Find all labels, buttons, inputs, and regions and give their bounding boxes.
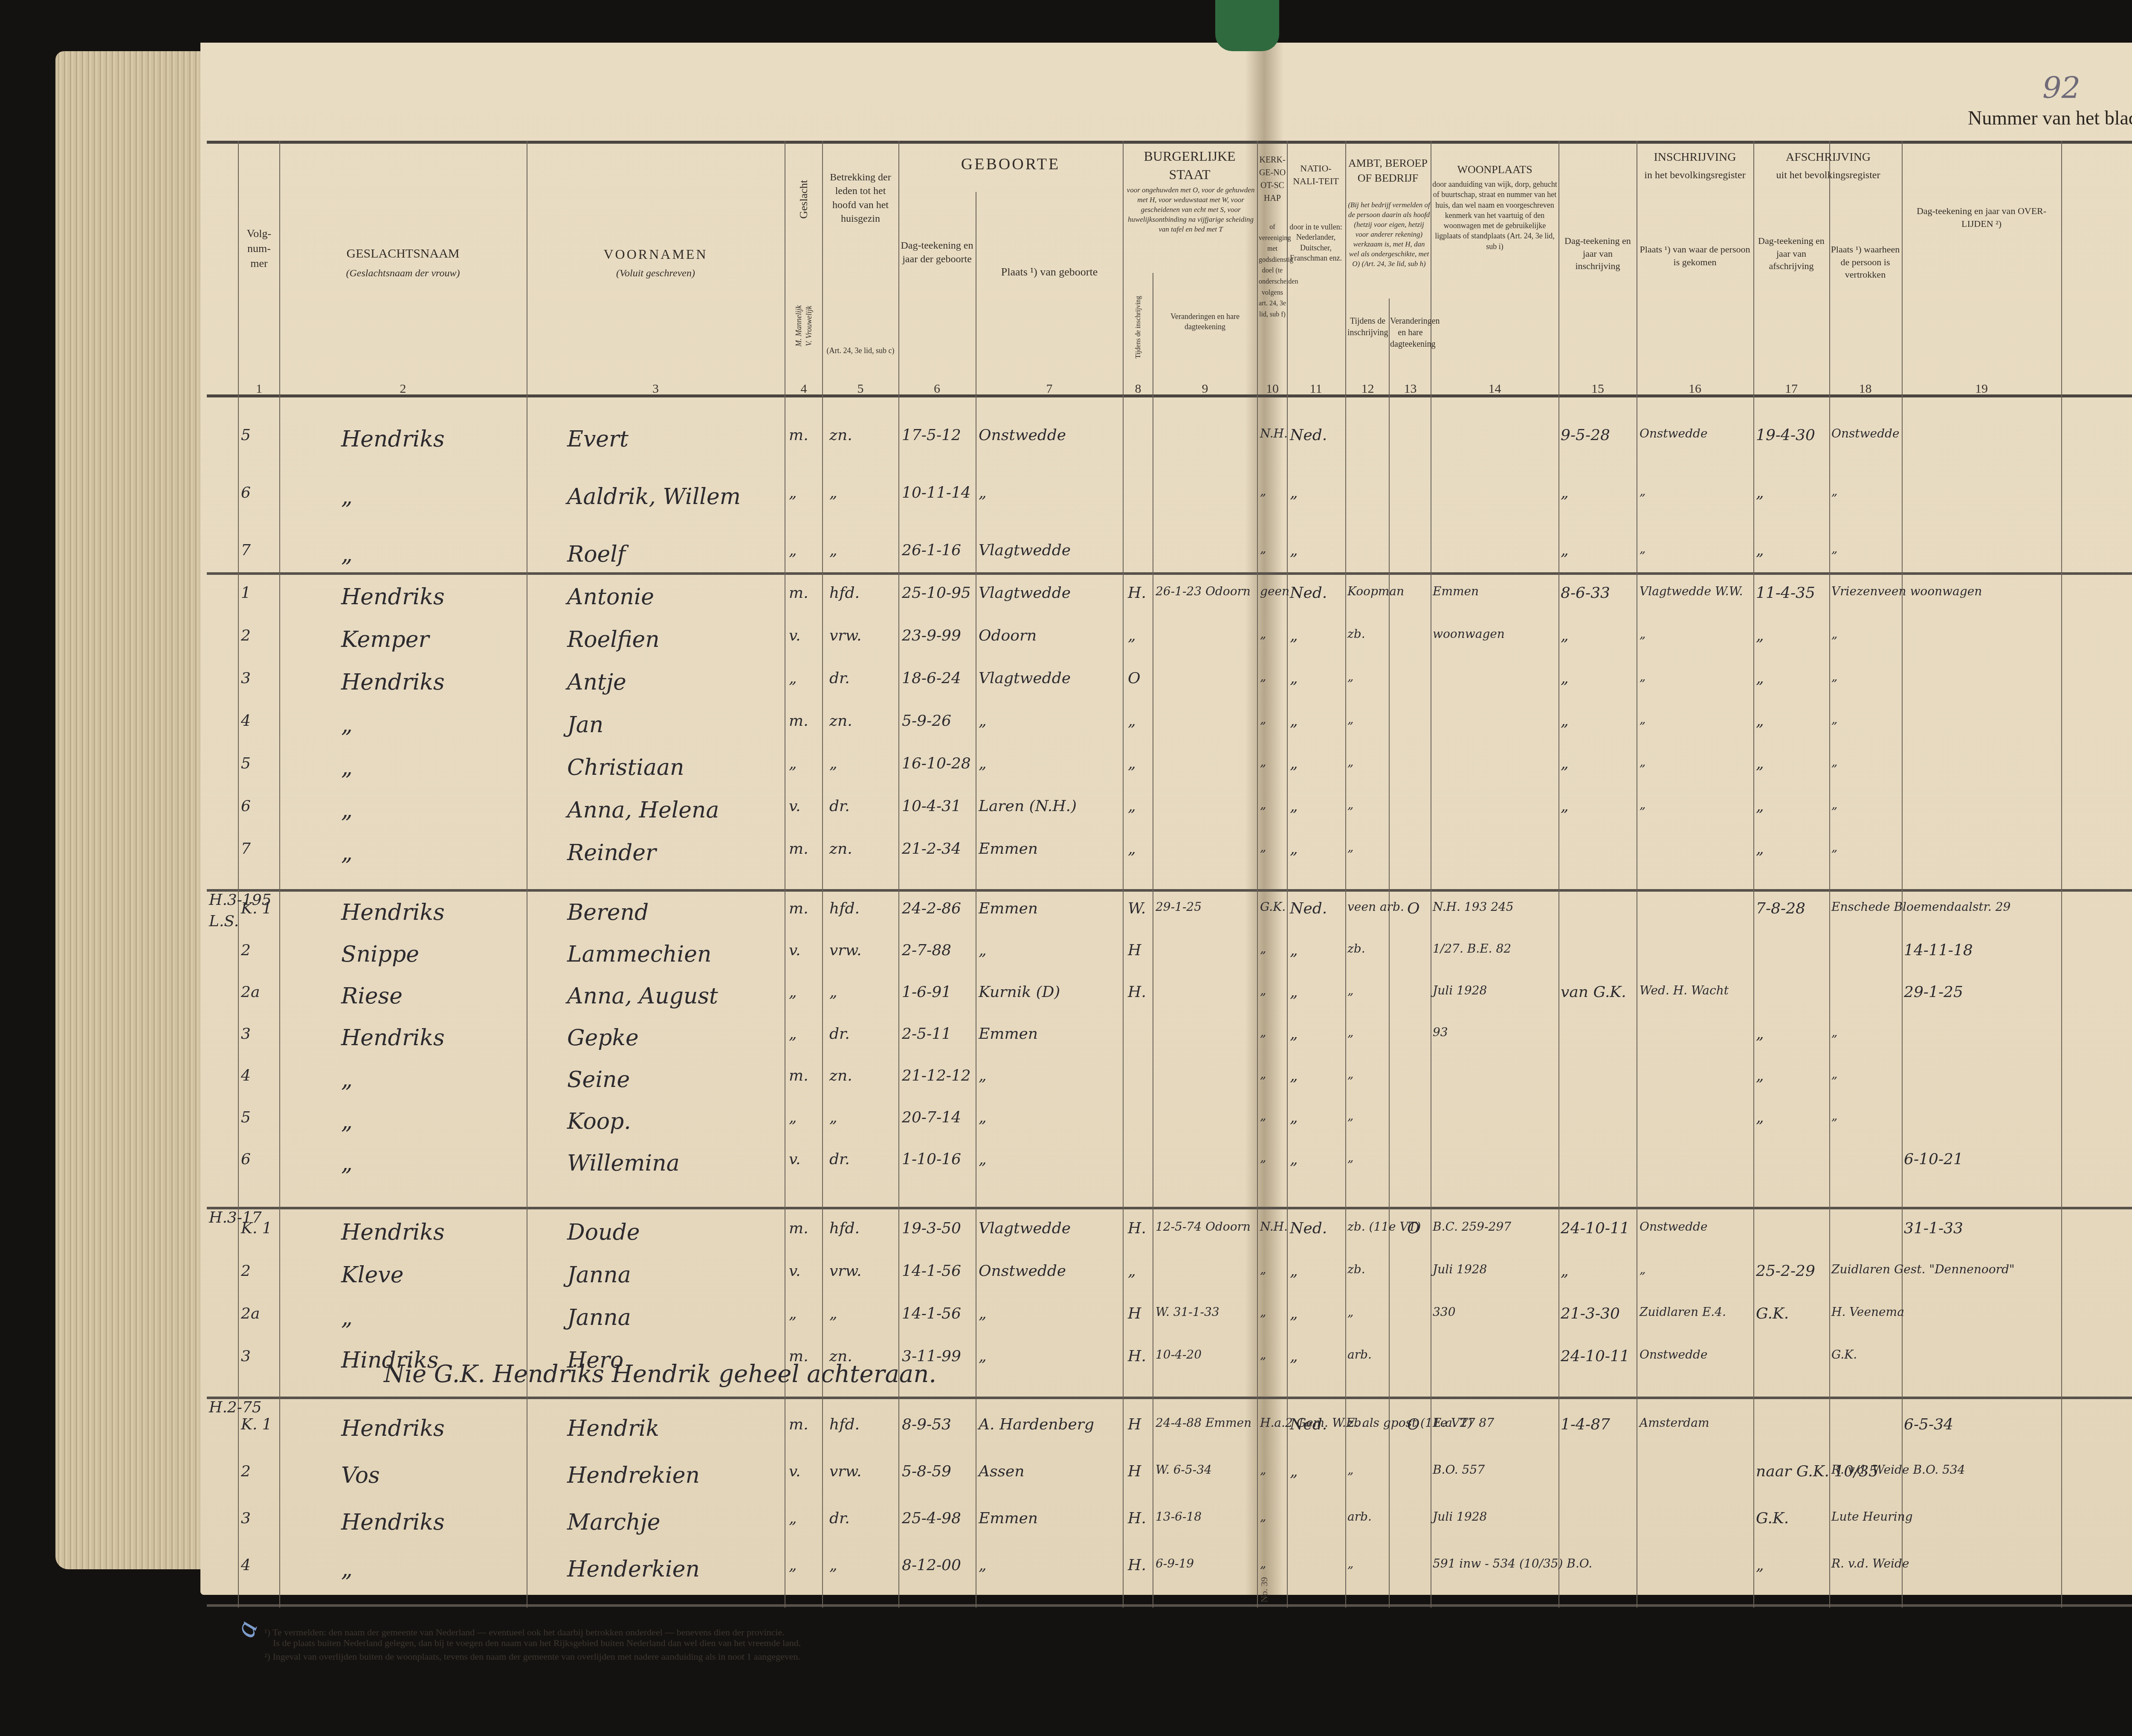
cell-surname: „ xyxy=(341,755,353,780)
cell-church: „ xyxy=(1260,1556,1266,1571)
cell-civil: H xyxy=(1128,1305,1141,1322)
cell-church: „ xyxy=(1260,627,1266,641)
column-number: 17 xyxy=(1755,382,1828,396)
cell-given: Janna xyxy=(567,1305,631,1330)
cell-civil: W. xyxy=(1128,900,1146,917)
cell-in-from: „ xyxy=(1640,1262,1646,1276)
cell-birth-place: „ xyxy=(979,1109,987,1126)
cell-church: „ xyxy=(1260,840,1266,854)
cell-given: Antje xyxy=(567,669,626,695)
household-ref: H.2-75 xyxy=(209,1399,262,1416)
cell-relation: vrw. xyxy=(829,942,862,959)
cell-church: „ xyxy=(1260,797,1266,811)
cell-birth-place: Vlagtwedde xyxy=(979,1220,1071,1237)
cell-out-date: G.K. xyxy=(1756,1510,1789,1527)
cell-civil: H. xyxy=(1128,584,1146,602)
cell-in-date: 24-10-11 xyxy=(1561,1348,1630,1365)
cell-birth-date: 5-8-59 xyxy=(902,1463,951,1480)
cell-residence: B.C. 259-297 xyxy=(1433,1220,1511,1234)
column-number: 4 xyxy=(785,382,822,396)
col-header-11-note: door in te vullen: Nederlander, Duitsche… xyxy=(1288,222,1344,263)
group-header-afschrijving: AFSCHRIJVING xyxy=(1755,149,1902,165)
column-rule xyxy=(1637,141,1637,1608)
cell-birth-date: 16-10-28 xyxy=(902,755,971,772)
right-page xyxy=(1262,43,2132,1595)
cell-given: Seine xyxy=(567,1067,630,1093)
cell-relation: zn. xyxy=(829,1067,852,1084)
column-number: 5 xyxy=(824,382,897,396)
cell-occupation: zb. xyxy=(1347,1262,1365,1276)
cell-relation: dr. xyxy=(829,669,850,687)
cell-birth-date: 20-7-14 xyxy=(902,1109,961,1126)
cell-in-from: „ xyxy=(1640,755,1646,769)
cell-given: Berend xyxy=(567,900,649,925)
footnote-1: ¹) Te vermelden: den naam der gemeente v… xyxy=(264,1627,785,1638)
column-number: 9 xyxy=(1154,382,1256,396)
cell-sex: m. xyxy=(789,426,808,444)
cell-nationality: „ xyxy=(1290,1348,1298,1365)
cell-birth-date: 10-4-31 xyxy=(902,797,961,815)
cell-out-to: „ xyxy=(1831,669,1838,684)
cell-surname: „ xyxy=(341,712,353,738)
cell-in-date: 21-3-30 xyxy=(1561,1305,1620,1322)
cell-civil: „ xyxy=(1128,1262,1136,1280)
cell-in-from: Onstwedde xyxy=(1640,426,1708,441)
cell-church: „ xyxy=(1260,542,1266,556)
sheet-number-label: Nummer van het blad xyxy=(1968,107,2132,129)
cell-in-date: 8-6-33 xyxy=(1561,584,1610,602)
cell-in-date: „ xyxy=(1561,669,1569,687)
cell-birth-date: 1-10-16 xyxy=(902,1151,961,1168)
cell-residence: Emmen xyxy=(1433,584,1479,598)
cell-no: 5 xyxy=(241,1109,251,1126)
cell-in-date: „ xyxy=(1561,1262,1569,1280)
cell-nationality: Ned. xyxy=(1290,900,1327,917)
cell-surname: Vos xyxy=(341,1463,380,1488)
cell-civil-change: 26-1-23 Odoorn xyxy=(1156,584,1251,598)
cell-residence: 1/27. B.E. 82 xyxy=(1433,942,1511,956)
cell-relation: dr. xyxy=(829,797,850,815)
column-rule xyxy=(238,141,239,1608)
cell-church: „ xyxy=(1260,1109,1266,1123)
household-ref-2: L.S. xyxy=(209,913,239,930)
column-rule xyxy=(1753,141,1754,1608)
cell-church: geen xyxy=(1260,584,1289,598)
cell-sex: „ xyxy=(789,669,797,687)
cell-occupation: Koopman xyxy=(1347,584,1404,598)
cell-civil: „ xyxy=(1128,627,1136,644)
cell-surname: Kleve xyxy=(341,1262,403,1288)
cell-nationality: „ xyxy=(1290,484,1298,501)
cell-nationality: Ned. xyxy=(1290,1220,1327,1237)
cell-surname: Snippe xyxy=(341,942,419,967)
col-header-13: Veranderingen en hare dagteekening xyxy=(1390,316,1431,350)
cell-surname: Hendriks xyxy=(341,669,445,695)
col-header-19: Dag-teekening en jaar van OVER-LIJDEN ²) xyxy=(1903,205,2060,230)
group-header-ambt: AMBT, BEROEP OF BEDRIJF xyxy=(1347,156,1428,185)
cell-given: Reinder xyxy=(567,840,656,866)
cell-relation: hfd. xyxy=(829,1220,860,1237)
column-rule xyxy=(279,141,280,1608)
cell-given: Anna, Helena xyxy=(567,797,719,823)
cell-nationality: „ xyxy=(1290,542,1298,559)
cell-out-to: „ xyxy=(1831,627,1838,641)
cell-out-date: „ xyxy=(1756,755,1764,772)
cell-nationality: „ xyxy=(1290,942,1298,959)
column-rule xyxy=(2061,141,2062,1608)
cell-birth-place: „ xyxy=(979,1067,987,1084)
cell-given: Roelf xyxy=(567,542,626,567)
col-header-17: Dag-teekening en jaar van afschrijving xyxy=(1755,235,1828,272)
col-header-7: Plaats ¹) van geboorte xyxy=(977,264,1121,279)
cell-sex: m. xyxy=(789,900,808,917)
cell-church: „ xyxy=(1260,983,1266,997)
cell-civil: „ xyxy=(1128,840,1136,858)
cell-civil-change: 24-4-88 Emmen xyxy=(1156,1416,1251,1430)
cell-birth-place: Laren (N.H.) xyxy=(979,797,1077,815)
cell-birth-place: Emmen xyxy=(979,900,1038,917)
cell-birth-place: Emmen xyxy=(979,840,1038,858)
cell-sex: m. xyxy=(789,712,808,730)
cell-birth-place: „ xyxy=(979,942,987,959)
cell-no: 3 xyxy=(241,1025,251,1043)
cell-out-to: H. Veenema xyxy=(1831,1305,1904,1319)
cell-no: 2 xyxy=(241,627,251,644)
cell-surname: „ xyxy=(341,1556,353,1582)
column-number: 19 xyxy=(1903,382,2060,396)
cell-relation: „ xyxy=(829,1305,837,1322)
cell-church: „ xyxy=(1260,1067,1266,1081)
cell-residence: Juli 1928 xyxy=(1433,983,1487,997)
household-ref: H.3-195 xyxy=(209,891,272,909)
cell-no: 5 xyxy=(241,426,251,444)
column-rule xyxy=(976,192,976,1608)
cell-in-from: Amsterdam xyxy=(1640,1416,1709,1430)
cell-given: Roelfien xyxy=(567,627,660,652)
cell-surname: „ xyxy=(341,840,353,866)
col-header-1: Volg- num- mer xyxy=(239,226,279,271)
column-number: 1 xyxy=(239,382,279,396)
cell-nationality: Ned. xyxy=(1290,584,1327,602)
cell-in-date: „ xyxy=(1561,542,1569,559)
cell-nationality: „ xyxy=(1290,669,1298,687)
household-divider xyxy=(207,572,2132,575)
cell-nationality: „ xyxy=(1290,1262,1298,1280)
cell-out-date: G.K. xyxy=(1756,1305,1789,1322)
cell-birth-place: „ xyxy=(979,1305,987,1322)
col-header-12: Tijdens de inschrijving xyxy=(1347,316,1388,339)
column-rule xyxy=(1257,141,1258,1608)
cell-surname: Hendriks xyxy=(341,1220,445,1245)
col-header-3: VOORNAMEN xyxy=(529,245,782,264)
col-header-8: Tijdens de inschrijving xyxy=(1134,299,1143,359)
cell-given: Doude xyxy=(567,1220,640,1245)
cell-residence: 330 xyxy=(1433,1305,1455,1319)
cell-sex: m. xyxy=(789,840,808,858)
cell-given: Hendrik xyxy=(567,1416,659,1441)
cell-residence: Juli 1928 xyxy=(1433,1510,1487,1524)
cell-civil-change: W. 31-1-33 xyxy=(1156,1305,1220,1319)
cell-surname: Hendriks xyxy=(341,1510,445,1535)
cell-occupation: veen arb. xyxy=(1347,900,1404,914)
cell-nationality: „ xyxy=(1290,840,1298,858)
cell-out-date: „ xyxy=(1756,712,1764,730)
cell-relation: hfd. xyxy=(829,1416,860,1433)
cell-occupation: „ xyxy=(1347,1151,1354,1165)
cell-sex: „ xyxy=(789,1510,797,1527)
cell-in-date: 1-4-87 xyxy=(1561,1416,1610,1433)
cell-occupation: „ xyxy=(1347,1109,1354,1123)
cell-no: 2 xyxy=(241,942,251,959)
col-header-18: Plaats ¹) waarheen de persoon is vertrok… xyxy=(1830,243,1900,281)
cell-occ-change: O xyxy=(1407,900,1420,917)
cell-surname: „ xyxy=(341,1151,353,1176)
cell-out-to: R. v.d. Weide xyxy=(1831,1556,1909,1571)
cell-sex: „ xyxy=(789,1556,797,1574)
burgerlijke-staat-note: voor ongehuwden met O, voor de gehuwden … xyxy=(1126,185,1256,235)
col-header-16: Plaats ¹) van waar de persoon is gekomen xyxy=(1637,243,1753,268)
cell-birth-place: Emmen xyxy=(979,1025,1038,1043)
cell-sex: v. xyxy=(789,1262,801,1280)
cell-nationality: Ned. xyxy=(1290,426,1327,444)
cell-occ-change: O xyxy=(1407,1220,1420,1237)
household-ref: H.3-17 xyxy=(209,1209,262,1226)
cell-out-date: 19-4-30 xyxy=(1756,426,1815,444)
cell-birth-place: „ xyxy=(979,1348,987,1365)
cell-occupation: „ xyxy=(1347,1067,1354,1081)
cell-no: 6 xyxy=(241,1151,251,1168)
cell-given: Jan xyxy=(567,712,603,738)
cross-reference-annotation: Nie G.K. Hendriks Hendrik geheel achtera… xyxy=(384,1360,936,1388)
cell-in-date: „ xyxy=(1561,797,1569,815)
book-page-edges-left xyxy=(55,51,217,1569)
cell-death: 14-11-18 xyxy=(1904,942,1973,959)
cell-birth-date: 23-9-99 xyxy=(902,627,961,644)
col-header-10-note: of vereeniging met godsdienstig doel (te… xyxy=(1259,222,1286,320)
column-number: 15 xyxy=(1560,382,1636,396)
cell-civil: „ xyxy=(1128,755,1136,772)
cell-civil-change: 12-5-74 Odoorn xyxy=(1156,1220,1251,1234)
cell-in-from: Vlagtwedde W.W. xyxy=(1640,584,1743,598)
cell-out-date: „ xyxy=(1756,1109,1764,1126)
cell-no: 6 xyxy=(241,484,251,501)
cell-nationality: „ xyxy=(1290,627,1298,644)
cell-occupation: „ xyxy=(1347,1463,1354,1477)
col-header-4: Geslacht xyxy=(796,176,811,223)
cell-residence: 93 xyxy=(1433,1025,1448,1039)
column-rule xyxy=(1558,141,1559,1608)
cell-birth-date: 26-1-16 xyxy=(902,542,961,559)
cell-in-date: „ xyxy=(1561,712,1569,730)
sheet-number-value: 92 xyxy=(2042,70,2080,105)
cell-church: „ xyxy=(1260,1262,1266,1276)
cell-out-date: 7-8-28 xyxy=(1756,900,1805,917)
cell-civil: „ xyxy=(1128,797,1136,815)
cell-residence: N.H. 193 245 xyxy=(1433,900,1514,914)
cell-out-date: „ xyxy=(1756,484,1764,501)
cell-relation: vrw. xyxy=(829,627,862,644)
cell-relation: vrw. xyxy=(829,1463,862,1480)
cell-in-from: „ xyxy=(1640,797,1646,811)
cell-in-from: „ xyxy=(1640,627,1646,641)
cell-church: „ xyxy=(1260,1463,1266,1477)
cell-civil-change: 6-9-19 xyxy=(1156,1556,1194,1571)
cell-civil: H xyxy=(1128,942,1141,959)
cell-sex: m. xyxy=(789,1220,808,1237)
cell-birth-place: Onstwedde xyxy=(979,426,1066,444)
cell-residence: B.O. 557 xyxy=(1433,1463,1485,1477)
cell-out-date: „ xyxy=(1756,669,1764,687)
cell-occupation: arb. xyxy=(1347,1348,1372,1362)
cell-relation: „ xyxy=(829,983,837,1001)
cell-in-date: van G.K. xyxy=(1561,983,1626,1001)
col-header-9: Veranderingen en hare dagteekening xyxy=(1154,311,1256,332)
cell-in-date: 9-5-28 xyxy=(1561,426,1610,444)
cell-church: „ xyxy=(1260,942,1266,956)
cell-birth-place: Emmen xyxy=(979,1510,1038,1527)
cell-nationality: „ xyxy=(1290,1151,1298,1168)
cell-no: 6 xyxy=(241,797,251,815)
cell-sex: „ xyxy=(789,1025,797,1043)
cell-birth-date: 2-7-88 xyxy=(902,942,951,959)
cell-no: 4 xyxy=(241,712,251,730)
cell-birth-date: 1-6-91 xyxy=(902,983,951,1001)
cell-church: „ xyxy=(1260,669,1266,684)
cell-sex: v. xyxy=(789,797,801,815)
column-number: 7 xyxy=(977,382,1121,396)
cell-birth-date: 24-2-86 xyxy=(902,900,961,917)
cell-sex: m. xyxy=(789,1416,808,1433)
household-divider xyxy=(207,1397,2132,1399)
printer-mark: No. 39 xyxy=(1259,1577,1270,1603)
cell-no: 7 xyxy=(241,840,251,858)
column-rule xyxy=(1829,141,1830,1608)
col-header-4-note: M. Mannelijk V. Vrouwelijk xyxy=(794,290,814,362)
cell-relation: dr. xyxy=(829,1151,850,1168)
column-rule xyxy=(1287,141,1288,1608)
cell-sex: „ xyxy=(789,755,797,772)
column-number: 12 xyxy=(1347,382,1388,396)
cell-birth-place: Onstwedde xyxy=(979,1262,1066,1280)
cell-given: Willemina xyxy=(567,1151,680,1176)
cell-civil-change: 10-4-20 xyxy=(1156,1348,1202,1362)
group-header-inschrijving: INSCHRIJVING xyxy=(1637,149,1753,165)
column-number: 3 xyxy=(529,382,782,396)
col-header-6: Dag-teekening en jaar der geboorte xyxy=(900,239,974,267)
cell-church: „ xyxy=(1260,1510,1266,1524)
footnote-2: ²) Ingeval van overlijden buiten de woon… xyxy=(264,1651,800,1662)
cell-birth-place: Assen xyxy=(979,1463,1024,1480)
cell-given: Lammechien xyxy=(567,942,711,967)
cell-church: N.H. xyxy=(1260,1220,1288,1234)
cell-birth-date: 2-5-11 xyxy=(902,1025,951,1043)
cell-out-to: Enschede Bloemendaalstr. 29 xyxy=(1831,900,2010,914)
footnote-1-cont: Is de plaats buiten Nederland gelegen, d… xyxy=(273,1637,801,1649)
cell-no: 5 xyxy=(241,755,251,772)
cell-birth-place: Kurnik (D) xyxy=(979,983,1060,1001)
cell-in-from: Wed. H. Wacht xyxy=(1640,983,1729,997)
cell-birth-place: Vlagtwedde xyxy=(979,669,1071,687)
cell-out-date: „ xyxy=(1756,797,1764,815)
cell-in-from: Zuidlaren E.4. xyxy=(1640,1305,1726,1319)
cell-in-from: „ xyxy=(1640,484,1646,498)
cell-out-date: 25-2-29 xyxy=(1756,1262,1815,1280)
afschrijving-sub: uit het bevolkingsregister xyxy=(1755,168,1902,182)
cell-birth-date: 10-11-14 xyxy=(902,484,971,501)
cell-civil: H xyxy=(1128,1463,1141,1480)
cell-nationality: „ xyxy=(1290,1109,1298,1126)
cell-out-date: „ xyxy=(1756,1556,1764,1574)
cell-civil: „ xyxy=(1128,712,1136,730)
cell-no: 2a xyxy=(241,1305,260,1322)
cell-no: 7 xyxy=(241,542,251,559)
cell-relation: „ xyxy=(829,1556,837,1574)
cell-surname: Hendriks xyxy=(341,426,445,452)
cell-birth-date: 14-1-56 xyxy=(902,1305,961,1322)
cell-out-to: „ xyxy=(1831,1067,1838,1081)
cell-no: 4 xyxy=(241,1556,251,1574)
cell-church: „ xyxy=(1260,755,1266,769)
cell-sex: „ xyxy=(789,983,797,1001)
cell-birth-date: 25-10-95 xyxy=(902,584,971,602)
cell-relation: hfd. xyxy=(829,584,860,602)
cell-sex: v. xyxy=(789,1151,801,1168)
col-header-3-note: (Voluit geschreven) xyxy=(529,267,782,280)
cell-occupation: „ xyxy=(1347,669,1354,684)
cell-in-date: „ xyxy=(1561,484,1569,501)
cell-in-date: „ xyxy=(1561,755,1569,772)
cell-given: Janna xyxy=(567,1262,631,1288)
cell-sex: m. xyxy=(789,584,808,602)
cell-relation: „ xyxy=(829,1109,837,1126)
cell-out-to: „ xyxy=(1831,1109,1838,1123)
cell-out-date: „ xyxy=(1756,627,1764,644)
cell-birth-date: 17-5-12 xyxy=(902,426,961,444)
cell-no: K. 1 xyxy=(241,1416,272,1433)
column-rule xyxy=(1431,141,1431,1608)
cell-nationality: „ xyxy=(1290,1025,1298,1043)
cell-civil: H. xyxy=(1128,1348,1146,1365)
cell-nationality: Ned. xyxy=(1290,1416,1327,1433)
cell-occupation: „ xyxy=(1347,797,1354,811)
cell-out-to: Lute Heuring xyxy=(1831,1510,1913,1524)
cell-sex: „ xyxy=(789,1305,797,1322)
column-number: 13 xyxy=(1390,382,1431,396)
cell-relation: zn. xyxy=(829,426,852,444)
cell-out-date: „ xyxy=(1756,542,1764,559)
cell-occupation: zb. xyxy=(1347,627,1365,641)
cell-surname: „ xyxy=(341,1067,353,1093)
cell-no: 3 xyxy=(241,669,251,687)
cell-occupation: zb. xyxy=(1347,942,1365,956)
cell-birth-place: „ xyxy=(979,1151,987,1168)
cell-occupation: arb. xyxy=(1347,1510,1372,1524)
cell-civil: H. xyxy=(1128,1220,1146,1237)
cell-out-to: Zuidlaren Gest. "Dennenoord" xyxy=(1831,1262,2015,1276)
group-header-geboorte: GEBOORTE xyxy=(900,154,1121,175)
cell-in-from: „ xyxy=(1640,669,1646,684)
cell-in-date: 24-10-11 xyxy=(1561,1220,1630,1237)
cell-out-to: „ xyxy=(1831,755,1838,769)
cell-no: 2 xyxy=(241,1463,251,1480)
cell-church: „ xyxy=(1260,1305,1266,1319)
cell-birth-place: „ xyxy=(979,484,987,501)
cell-nationality: „ xyxy=(1290,1305,1298,1322)
cell-out-to: „ xyxy=(1831,542,1838,556)
cell-birth-date: 21-12-12 xyxy=(902,1067,971,1084)
cell-nationality: „ xyxy=(1290,1067,1298,1084)
cell-church: „ xyxy=(1260,712,1266,726)
